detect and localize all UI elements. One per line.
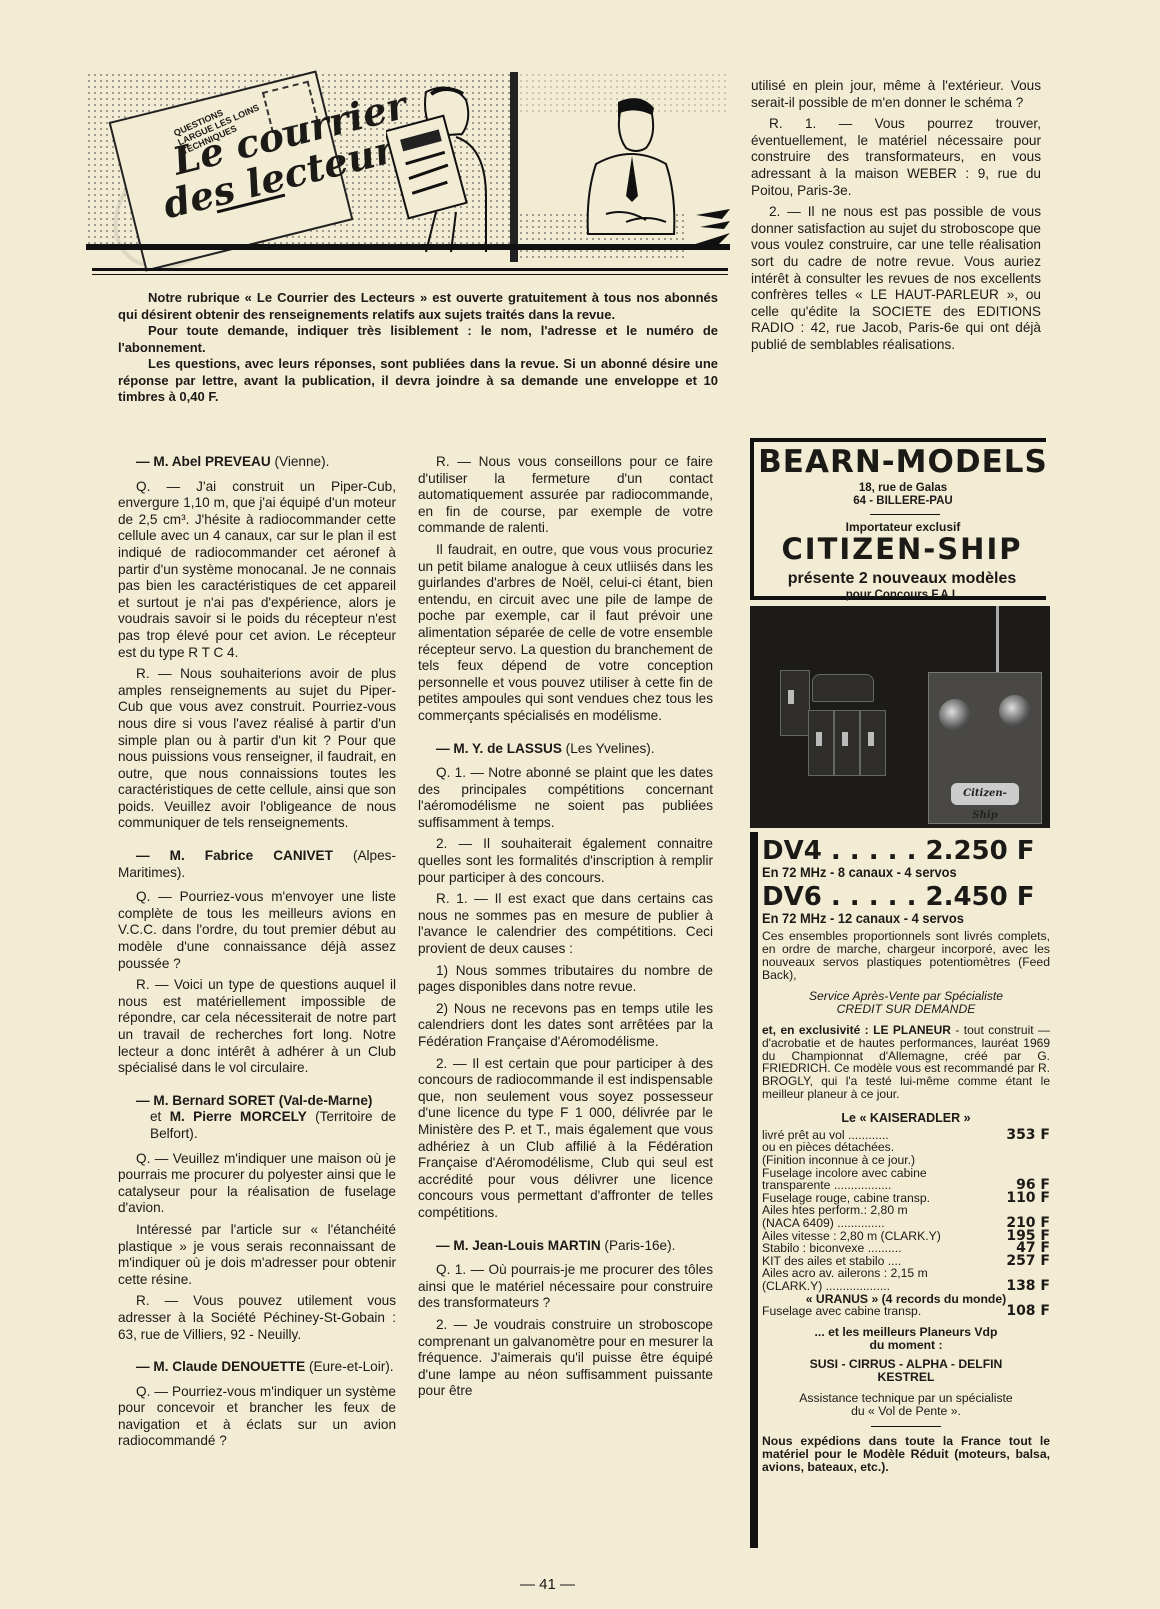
ad-price-list: DV4 . . . . . 2.250 F En 72 MHz - 8 cana…	[762, 838, 1050, 1474]
question-continued: utilisé en plein jour, même à l'extérieu…	[751, 78, 1041, 111]
question: Q. 1. — Où pourrais-je me procurer des t…	[418, 1262, 713, 1312]
reader-name: — M. Bernard SORET (Val-de-Marne)	[136, 1093, 372, 1108]
leader-dots: . . . . .	[822, 882, 926, 912]
model-name: DV4	[762, 836, 822, 866]
reader-heading: — M. Claude DENOUETTE (Eure-et-Loir).	[118, 1359, 396, 1376]
header-rule	[92, 268, 728, 271]
address-line: 18, rue de Galas	[758, 482, 1048, 495]
intro-paragraph: Notre rubrique « Le Courrier des Lecteur…	[118, 290, 718, 323]
item-price: 138 F	[1006, 1280, 1050, 1293]
model-price: DV4 . . . . . 2.250 F	[762, 838, 1050, 864]
question: 2. — Je voudrais construire un strobosco…	[418, 1317, 713, 1400]
item-label: Stabilo : biconvexe ..........	[762, 1242, 902, 1255]
item-label: (Finition inconnue à ce jour.)	[762, 1154, 915, 1167]
answer: R. — Nous vous conseillons pour ce faire…	[418, 454, 713, 537]
page-number: — 41 —	[520, 1576, 575, 1593]
reader-region: (Les Yvelines).	[562, 741, 655, 756]
servo	[780, 670, 810, 736]
answer: R. — Nous souhaiterions avoir de plus am…	[118, 666, 396, 832]
answer: 2. — Il ne nous est pas possible de vous…	[751, 204, 1041, 353]
header-rule-thin	[92, 274, 728, 275]
receiver-servos-image	[780, 670, 880, 780]
answer: R. — Vous pouvez utilement vous adresser…	[118, 1293, 396, 1343]
ad-service: Service Après-Vente par Spécialiste CRED…	[762, 990, 1050, 1016]
price-row: Fuselage avec cabine transp.108 F	[762, 1305, 1050, 1318]
column-3: utilisé en plein jour, même à l'extérieu…	[751, 78, 1041, 359]
ad-divider	[871, 1426, 941, 1427]
ad-exclusive: et, en exclusivité : LE PLANEUR - tout c…	[762, 1024, 1050, 1101]
price-row: (CLARK.Y) ...................138 F	[762, 1280, 1050, 1293]
model-spec: En 72 MHz - 8 canaux - 4 servos	[762, 864, 1027, 880]
question: Q. 1. — Notre abonné se plaint que les d…	[418, 765, 713, 831]
price: 2.450 F	[926, 882, 1035, 912]
answer: Il faudrait, en outre, que vous vous pro…	[418, 542, 713, 725]
question: Q. — Pourriez-vous m'envoyer une liste c…	[118, 889, 396, 972]
reader-region: (Eure-et-Loir).	[305, 1359, 393, 1374]
question: Q. — Veuillez m'indiquer une maison où j…	[118, 1151, 396, 1217]
question: Intéressé par l'article sur « l'étanchéi…	[118, 1222, 396, 1288]
arrow-tail-icon	[686, 207, 730, 247]
transmitter-image: Citizen-Ship	[928, 672, 1042, 824]
reader-heading: — M. Abel PREVEAU (Vienne).	[118, 454, 396, 471]
gliders-list: KESTREL	[762, 1371, 1050, 1384]
model-name: DV6	[762, 882, 822, 912]
item-label: (CLARK.Y) ...................	[762, 1280, 890, 1293]
kaiseradler-price-list: livré prêt au vol ............353 F ou e…	[762, 1129, 1050, 1318]
transmitter-label: Citizen-Ship	[951, 783, 1019, 805]
model-price: DV6 . . . . . 2.450 F	[762, 884, 1050, 910]
product-photo: Citizen-Ship	[750, 606, 1050, 828]
item-price: 110 F	[1006, 1192, 1050, 1205]
intro-paragraph: Les questions, avec leurs réponses, sont…	[118, 356, 718, 406]
kaiseradler-title: Le « KAISERADLER »	[762, 1111, 1050, 1125]
ad-shipping: Nous expédions dans toute la France tout…	[762, 1435, 1050, 1474]
answer: 2) Nous ne recevons pas en temps utile l…	[418, 1001, 713, 1051]
price-row: (Finition inconnue à ce jour.)	[762, 1154, 1050, 1167]
item-price: 108 F	[1006, 1305, 1050, 1318]
answer: R. 1. — Vous pourrez trouver, éventuelle…	[751, 116, 1041, 199]
reader-heading: — M. Y. de LASSUS (Les Yvelines).	[418, 741, 713, 758]
control-stick-icon	[999, 695, 1031, 727]
connector	[788, 690, 794, 704]
intro-block: Notre rubrique « Le Courrier des Lecteur…	[118, 290, 718, 406]
gliders-list: SUSI - CIRRUS - ALPHA - DELFIN	[762, 1358, 1050, 1371]
ad-competition: pour Concours F.A.I.	[754, 589, 1050, 601]
intro-paragraph: Pour toute demande, indiquer très lisibl…	[118, 323, 718, 356]
gliders-line: ... et les meilleurs Planeurs Vdp	[762, 1326, 1050, 1339]
header-illustration: QUESTIONS LARGUE LES LOINS TECHNIQUES Le…	[86, 72, 730, 262]
ad-brand: CITIZEN-SHIP	[754, 532, 1050, 566]
reader-heading: — M. Bernard SORET (Val-de-Marne)et M. P…	[118, 1093, 396, 1143]
gliders-line: du moment :	[762, 1339, 1050, 1352]
answer: R. — Voici un type de questions auquel i…	[118, 977, 396, 1077]
reader-name: M. Pierre MORCELY	[170, 1109, 307, 1124]
question: Q. — J'ai construit un Piper-Cub, enverg…	[118, 479, 396, 662]
man-writing-at-desk-illustration	[566, 94, 696, 244]
item-label: transparente .................	[762, 1179, 891, 1192]
receiver	[812, 674, 874, 702]
ad-description: Ces ensembles proportionnels sont livrés…	[762, 930, 1050, 982]
ad-frame-left	[750, 832, 758, 1548]
leader-dots: . . . . .	[822, 836, 926, 866]
item-price: 353 F	[1006, 1129, 1050, 1142]
item-label: (NACA 6409) ..............	[762, 1217, 885, 1230]
question: 2. — Il souhaiterait également connaitre…	[418, 836, 713, 886]
assist-line: Assistance technique par un spécialiste	[762, 1392, 1050, 1405]
connector	[816, 732, 822, 746]
antenna	[996, 606, 999, 676]
item-price: 257 F	[1006, 1255, 1050, 1268]
control-stick-icon	[939, 699, 971, 731]
ad-divider	[870, 514, 940, 515]
answer: R. 1. — Il est exact que dans certains c…	[418, 891, 713, 957]
man-reading-magazine-illustration	[386, 82, 496, 252]
reader-heading: — M. Fabrice CANIVET (Alpes-Maritimes).	[118, 848, 396, 881]
ad-gliders: ... et les meilleurs Planeurs Vdp du mom…	[762, 1326, 1050, 1384]
header-bar	[86, 244, 730, 250]
reader-name: — M. Jean-Louis MARTIN	[436, 1238, 601, 1253]
conjunction: et	[150, 1109, 170, 1124]
answer: 2. — Il est certain que pour participer …	[418, 1056, 713, 1222]
connector	[868, 732, 874, 746]
assist-line: du « Vol de Pente ».	[762, 1405, 1050, 1418]
column-2: R. — Nous vous conseillons pour ce faire…	[418, 454, 713, 1405]
model-spec: En 72 MHz - 12 canaux - 4 servos	[762, 910, 1027, 926]
ad-presents: présente 2 nouveaux modèles	[754, 570, 1050, 588]
column-1: — M. Abel PREVEAU (Vienne). Q. — J'ai co…	[118, 454, 396, 1455]
reader-name: — M. Y. de LASSUS	[436, 741, 562, 756]
price: 2.250 F	[926, 836, 1035, 866]
reader-name: — M. Claude DENOUETTE	[136, 1359, 305, 1374]
item-label: Fuselage avec cabine transp.	[762, 1305, 921, 1318]
reader-heading: — M. Jean-Louis MARTIN (Paris-16e).	[418, 1238, 713, 1255]
question: Q. — Pourriez-vous m'indiquer un système…	[118, 1384, 396, 1450]
ad-address: 18, rue de Galas 64 - BILLERE-PAU	[758, 482, 1048, 508]
connector	[842, 732, 848, 746]
divider-pillar	[510, 72, 518, 262]
reader-region: (Vienne).	[271, 454, 330, 469]
reader-name: — M. Fabrice CANIVET	[136, 848, 333, 863]
answer: 1) Nous sommes tributaires du nombre de …	[418, 963, 713, 996]
service-line: CREDIT SUR DEMANDE	[762, 1003, 1050, 1016]
ad-company: BEARN-MODELS	[758, 444, 1048, 480]
address-line: 64 - BILLERE-PAU	[758, 495, 1048, 508]
ad-assistance: Assistance technique par un spécialiste …	[762, 1392, 1050, 1418]
reader-region: (Paris-16e).	[601, 1238, 676, 1253]
reader-name: — M. Abel PREVEAU	[136, 454, 271, 469]
advertisement-bearn-models: BEARN-MODELS 18, rue de Galas 64 - BILLE…	[750, 438, 1050, 1598]
